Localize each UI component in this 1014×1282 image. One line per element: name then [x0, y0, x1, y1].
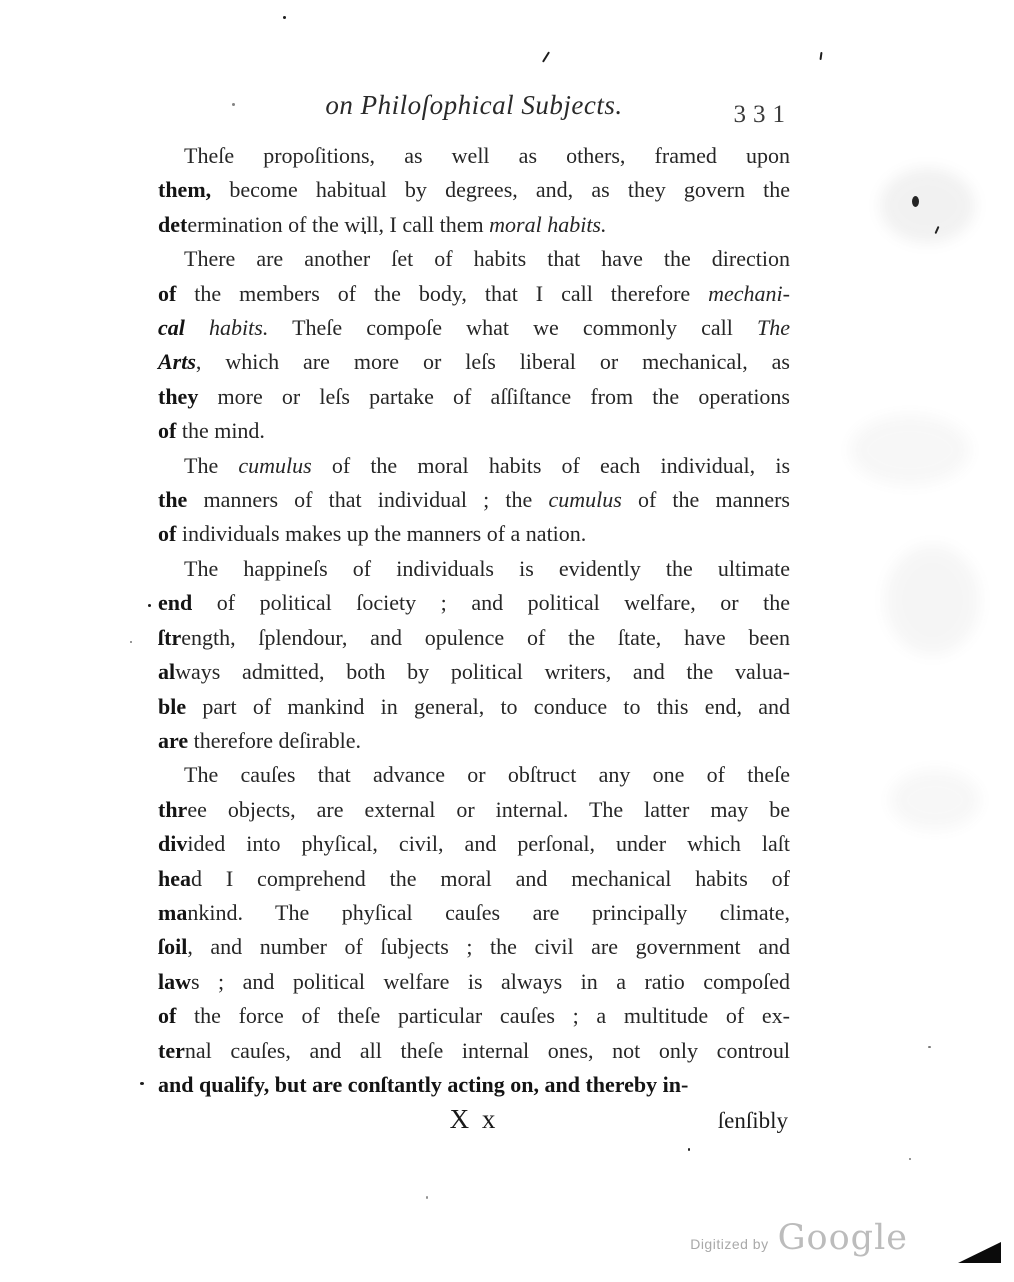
text-segment: There are another ſet of habits that hav… [184, 246, 790, 271]
text-segment: of [158, 1003, 176, 1028]
google-logo: Google [778, 1221, 908, 1256]
bleed-through-smudge [880, 168, 975, 243]
text-line: of the mind. [158, 414, 790, 448]
text-segment: ter [158, 1038, 185, 1063]
text-line: the manners of that individual ; the cum… [158, 483, 790, 517]
text-line: ſoil, and number of ſubjects ; the civil… [158, 930, 790, 964]
text-segment: end [158, 590, 192, 615]
text-line: Theſe propoſitions, as well as others, f… [158, 139, 790, 173]
text-segment: The [757, 315, 790, 340]
text-segment: therefore deſirable. [188, 728, 361, 753]
text-segment: det [158, 212, 187, 237]
ink-speck [140, 1082, 144, 1085]
text-segment: The [184, 453, 238, 478]
text-segment: become habitual by degrees, and, as they… [211, 177, 790, 202]
ink-speck [688, 1148, 690, 1151]
text-segment: ble [158, 694, 186, 719]
text-line: ternal cauſes, and all theſe internal on… [158, 1034, 790, 1068]
text-line: Arts, which are more or leſs liberal or … [158, 345, 790, 379]
text-line: laws ; and political welfare is always i… [158, 965, 790, 999]
text-line: of the force of theſe particular cauſes … [158, 999, 790, 1033]
text-segment: ways admitted, both by political writers… [175, 659, 790, 684]
text-segment: more or leſs partake of aſſiſtance from … [198, 384, 790, 409]
text-segment: , which are more or leſs liberal or mech… [196, 349, 790, 374]
text-segment: the [158, 487, 187, 512]
ink-speck [928, 1046, 931, 1048]
text-segment: moral habits. [489, 212, 606, 237]
text-segment: Theſe propoſitions, as well as others, f… [184, 143, 790, 168]
page-number: 331 [734, 101, 793, 129]
text-line: ſtrength, ſplendour, and opulence of the… [158, 621, 790, 655]
text-line: The cumulus of the moral habits of each … [158, 449, 790, 483]
ink-speck [909, 1158, 911, 1160]
text-line: divided into phyſical, civil, and perſon… [158, 827, 790, 861]
text-segment: nkind. The phyſical cauſes are principal… [187, 900, 790, 925]
ink-speck [148, 604, 151, 607]
text-segment: s ; and political welfare is always in a… [191, 969, 790, 994]
ink-speck [819, 52, 822, 60]
ink-speck [912, 196, 919, 207]
text-line: The happineſs of individuals is evidentl… [158, 552, 790, 586]
text-line: of the members of the body, that I call … [158, 277, 790, 311]
text-segment: of [158, 418, 176, 443]
text-line: determination of the will, I call them m… [158, 208, 790, 242]
text-segment: of [158, 521, 176, 546]
watermark-prefix: Digitized by [690, 1236, 768, 1252]
text-line: The cauſes that advance or obſtruct any … [158, 758, 790, 792]
text-segment: The happineſs of individuals is evidentl… [184, 556, 790, 581]
signature-mark: X x [450, 1104, 499, 1135]
page-header: on Philoſophical Subjects. 331 [158, 90, 790, 136]
text-segment: of political ſociety ; and political wel… [192, 590, 790, 615]
text-segment: them, [158, 177, 211, 202]
ink-speck [364, 231, 366, 234]
ink-speck [283, 16, 286, 19]
text-line: are therefore deſirable. [158, 724, 790, 758]
text-segment: of [158, 281, 176, 306]
scan-corner-artifact [958, 1242, 1001, 1263]
text-segment: individuals makes up the manners of a na… [176, 521, 586, 546]
text-segment: ength, ſplendour, and opulence of the ſt… [181, 625, 790, 650]
text-segment: d I comprehend the moral and mechanical … [191, 866, 790, 891]
text-segment: cal [158, 315, 185, 340]
text-segment: ermination of the will, I call them [187, 212, 489, 237]
text-line: mankind. The phyſical cauſes are princip… [158, 896, 790, 930]
text-segment: of the moral habits of each individual, … [312, 453, 790, 478]
text-segment: habits. [185, 315, 268, 340]
text-segment: ſtr [158, 625, 181, 650]
text-line: There are another ſet of habits that hav… [158, 242, 790, 276]
text-segment: hea [158, 866, 191, 891]
text-segment: The cauſes that advance or obſtruct any … [184, 762, 790, 787]
text-segment: cumulus [238, 453, 311, 478]
text-line: them, become habitual by degrees, and, a… [158, 173, 790, 207]
text-segment: ma [158, 900, 187, 925]
text-segment: nal cauſes, and all theſe internal ones,… [185, 1038, 790, 1063]
body-text: Theſe propoſitions, as well as others, f… [158, 139, 790, 1102]
text-segment: , and number of ſubjects ; the civil are… [187, 934, 790, 959]
catchword: ſenſibly [718, 1108, 788, 1134]
text-line: they more or leſs partake of aſſiſtance … [158, 380, 790, 414]
ink-speck [542, 51, 550, 62]
text-segment: law [158, 969, 191, 994]
text-segment: Arts [158, 349, 196, 374]
footer-row: X x ſenſibly [158, 1104, 790, 1144]
text-line: and qualify, but are conſtantly acting o… [158, 1068, 790, 1102]
text-segment: manners of that individual ; the [187, 487, 548, 512]
text-line: three objects, are external or internal.… [158, 793, 790, 827]
bleed-through-smudge [885, 545, 980, 655]
ink-speck [130, 641, 132, 643]
text-line: of individuals makes up the manners of a… [158, 517, 790, 551]
watermark: Digitized by Google [690, 1221, 908, 1256]
text-segment: ſoil [158, 934, 187, 959]
text-segment: and qualify, but are conſtantly acting o… [158, 1072, 688, 1097]
text-segment: the members of the body, that I call the… [176, 281, 708, 306]
text-line: always admitted, both by political write… [158, 655, 790, 689]
text-segment: are [158, 728, 188, 753]
running-title: on Philoſophical Subjects. [158, 90, 790, 121]
ink-speck [934, 226, 939, 234]
text-segment: the mind. [176, 418, 265, 443]
text-segment: the force of theſe particular cauſes ; a… [176, 1003, 790, 1028]
text-segment: div [158, 831, 187, 856]
text-line: end of political ſociety ; and political… [158, 586, 790, 620]
text-segment: Theſe compoſe what we commonly call [268, 315, 757, 340]
text-segment: ee objects, are external or internal. Th… [187, 797, 790, 822]
bleed-through-smudge [890, 770, 980, 830]
text-line: ble part of mankind in general, to condu… [158, 690, 790, 724]
text-segment: al [158, 659, 175, 684]
text-segment: part of mankind in general, to conduce t… [186, 694, 790, 719]
text-line: cal habits. Theſe compoſe what we common… [158, 311, 790, 345]
text-segment: ided into phyſical, civil, and perſonal,… [187, 831, 790, 856]
text-segment: mechani- [708, 281, 790, 306]
text-segment: they [158, 384, 198, 409]
text-segment: cumulus [548, 487, 621, 512]
bleed-through-smudge [850, 415, 970, 485]
text-line: head I comprehend the moral and mechanic… [158, 862, 790, 896]
text-segment: of the manners [622, 487, 790, 512]
ink-speck [426, 1196, 428, 1199]
ink-speck [232, 103, 235, 106]
text-segment: thr [158, 797, 187, 822]
